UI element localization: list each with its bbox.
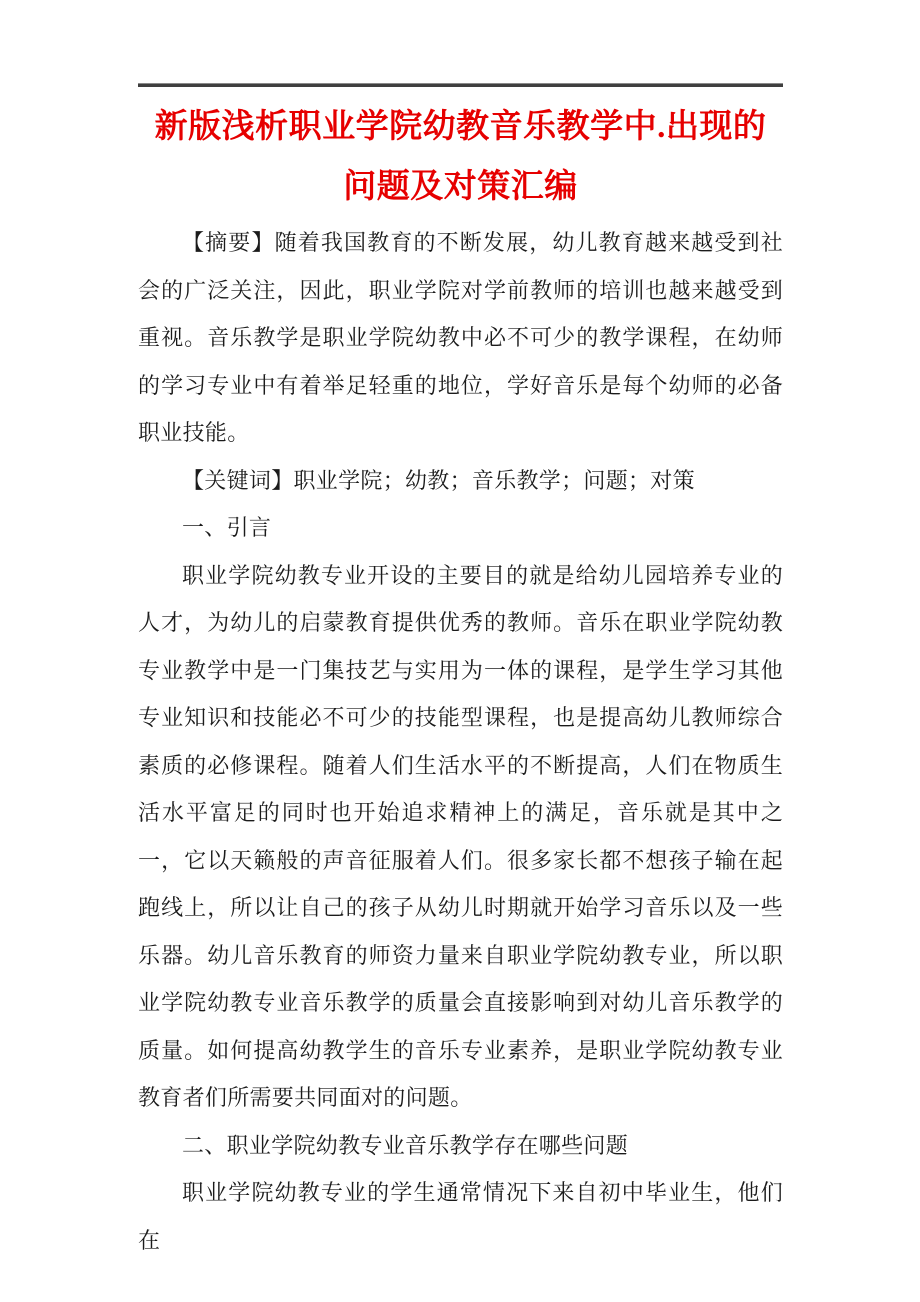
paragraph-section-1-body: 职业学院幼教专业开设的主要目的就是给幼儿园培养专业的人才，为幼儿的启蒙教育提供优… (138, 552, 783, 1122)
paragraph-section-2-body: 职业学院幼教专业的学生通常情况下来自初中毕业生，他们在 (138, 1169, 783, 1264)
paragraph-keywords: 【关键词】职业学院；幼教；音乐教学；问题；对策 (138, 457, 783, 505)
heading-section-2: 二、职业学院幼教专业音乐教学存在哪些问题 (138, 1122, 783, 1170)
heading-section-1: 一、引言 (138, 504, 783, 552)
document-title: 新版浅析职业学院幼教音乐教学中.出现的问题及对策汇编 (138, 97, 783, 217)
top-border-rule (138, 83, 783, 87)
paragraph-abstract: 【摘要】随着我国教育的不断发展，幼儿教育越来越受到社会的广泛关注，因此，职业学院… (138, 219, 783, 457)
document-page: 新版浅析职业学院幼教音乐教学中.出现的问题及对策汇编 【摘要】随着我国教育的不断… (0, 0, 920, 1302)
